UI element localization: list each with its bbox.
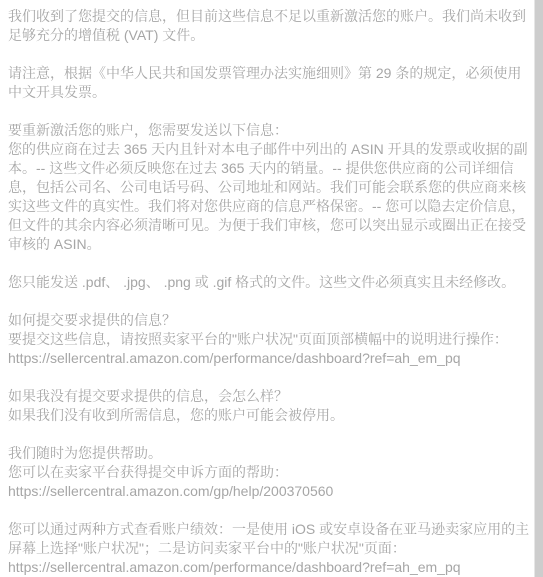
paragraph-help: 我们随时为您提供帮助。 您可以在卖家平台获得提交申诉方面的帮助： https:/… bbox=[8, 444, 532, 501]
not-submitted-question: 如果我没有提交要求提供的信息，会怎么样？ bbox=[8, 387, 532, 406]
paragraph-file-formats: 您只能发送 .pdf、 .jpg、 .png 或 .gif 格式的文件。这些文件… bbox=[8, 273, 532, 292]
reactivation-requirements-details: 您的供应商在过去 365 天内且针对本电子邮件中列出的 ASIN 开具的发票或收… bbox=[8, 140, 532, 254]
how-to-submit-answer: 要提交这些信息，请按照卖家平台的"账户状况"页面顶部横幅中的说明进行操作： bbox=[8, 330, 532, 349]
scrollbar-track[interactable] bbox=[534, 0, 543, 577]
file-formats-text: 您只能发送 .pdf、 .jpg、 .png 或 .gif 格式的文件。这些文件… bbox=[8, 273, 532, 292]
invoice-regulation-text: 请注意，根据《中华人民共和国发票管理办法实施细则》第 29 条的规定，必须使用中… bbox=[8, 64, 532, 102]
paragraph-how-to-submit: 如何提交要求提供的信息？ 要提交这些信息，请按照卖家平台的"账户状况"页面顶部横… bbox=[8, 311, 532, 368]
reactivation-requirements-heading: 要重新激活您的账户，您需要发送以下信息： bbox=[8, 121, 532, 140]
help-url: https://sellercentral.amazon.com/gp/help… bbox=[8, 482, 532, 501]
message-body: 我们收到了您提交的信息，但目前这些信息不足以重新激活您的账户。我们尚未收到足够充… bbox=[8, 7, 532, 577]
account-health-url: https://sellercentral.amazon.com/perform… bbox=[8, 558, 532, 577]
help-instruction: 您可以在卖家平台获得提交申诉方面的帮助： bbox=[8, 463, 532, 482]
not-submitted-answer: 如果我们没有收到所需信息，您的账户可能会被停用。 bbox=[8, 406, 532, 425]
how-to-submit-question: 如何提交要求提供的信息？ bbox=[8, 311, 532, 330]
received-info-text: 我们收到了您提交的信息，但目前这些信息不足以重新激活您的账户。我们尚未收到足够充… bbox=[8, 7, 532, 45]
dashboard-url: https://sellercentral.amazon.com/perform… bbox=[8, 349, 532, 368]
account-health-info: 您可以通过两种方式查看账户绩效：一是使用 iOS 或安卓设备在亚马逊卖家应用的主… bbox=[8, 520, 532, 558]
paragraph-reactivation-requirements: 要重新激活您的账户，您需要发送以下信息： 您的供应商在过去 365 天内且针对本… bbox=[8, 121, 532, 254]
paragraph-received-info: 我们收到了您提交的信息，但目前这些信息不足以重新激活您的账户。我们尚未收到足够充… bbox=[8, 7, 532, 45]
paragraph-not-submitted: 如果我没有提交要求提供的信息，会怎么样？ 如果我们没有收到所需信息，您的账户可能… bbox=[8, 387, 532, 425]
help-intro: 我们随时为您提供帮助。 bbox=[8, 444, 532, 463]
paragraph-account-health: 您可以通过两种方式查看账户绩效：一是使用 iOS 或安卓设备在亚马逊卖家应用的主… bbox=[8, 520, 532, 577]
paragraph-invoice-regulation: 请注意，根据《中华人民共和国发票管理办法实施细则》第 29 条的规定，必须使用中… bbox=[8, 64, 532, 102]
